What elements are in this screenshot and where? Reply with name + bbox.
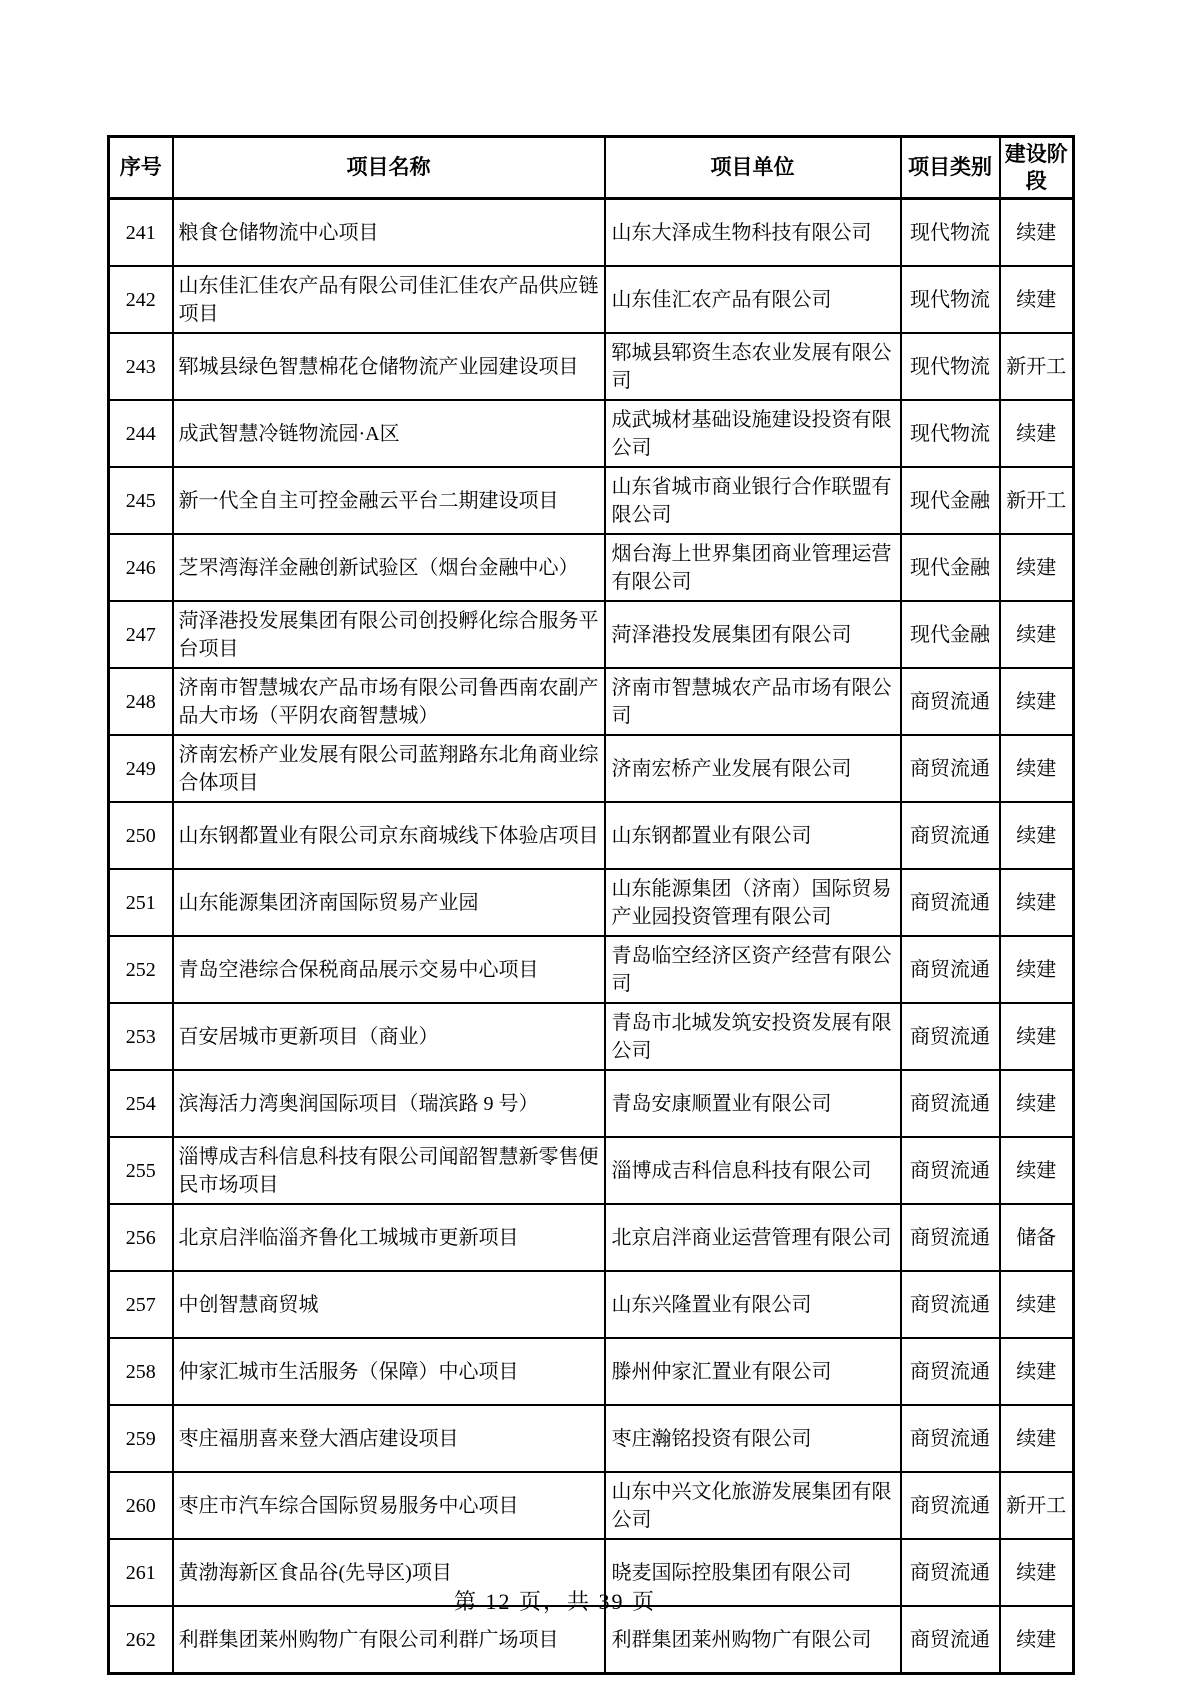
cell-construction-stage: 续建 <box>1000 1137 1074 1204</box>
cell-project-name: 山东能源集团济南国际贸易产业园 <box>173 869 605 936</box>
cell-project-name: 中创智慧商贸城 <box>173 1271 605 1338</box>
cell-serial: 253 <box>109 1003 173 1070</box>
cell-project-unit: 菏泽港投发展集团有限公司 <box>605 601 901 668</box>
cell-project-unit: 山东钢都置业有限公司 <box>605 802 901 869</box>
cell-project-name: 济南宏桥产业发展有限公司蓝翔路东北角商业综合体项目 <box>173 735 605 802</box>
cell-serial: 248 <box>109 668 173 735</box>
table-row: 248济南市智慧城农产品市场有限公司鲁西南农副产品大市场（平阴农商智慧城）济南市… <box>109 668 1074 735</box>
table-row: 246芝罘湾海洋金融创新试验区（烟台金融中心）烟台海上世界集团商业管理运营有限公… <box>109 534 1074 601</box>
table-row: 260枣庄市汽车综合国际贸易服务中心项目山东中兴文化旅游发展集团有限公司商贸流通… <box>109 1472 1074 1539</box>
header-project-unit: 项目单位 <box>605 137 901 199</box>
table-body: 241粮食仓储物流中心项目山东大泽成生物科技有限公司现代物流续建242山东佳汇佳… <box>109 199 1074 1674</box>
cell-project-name: 郓城县绿色智慧棉花仓储物流产业园建设项目 <box>173 333 605 400</box>
cell-serial: 243 <box>109 333 173 400</box>
cell-project-category: 商贸流通 <box>901 1338 1000 1405</box>
cell-project-unit: 淄博成吉科信息科技有限公司 <box>605 1137 901 1204</box>
cell-project-name: 粮食仓储物流中心项目 <box>173 199 605 267</box>
cell-serial: 244 <box>109 400 173 467</box>
cell-project-unit: 济南宏桥产业发展有限公司 <box>605 735 901 802</box>
cell-project-name: 新一代全自主可控金融云平台二期建设项目 <box>173 467 605 534</box>
cell-project-unit: 山东省城市商业银行合作联盟有限公司 <box>605 467 901 534</box>
cell-construction-stage: 续建 <box>1000 266 1074 333</box>
table-row: 251山东能源集团济南国际贸易产业园山东能源集团（济南）国际贸易产业园投资管理有… <box>109 869 1074 936</box>
projects-table: 序号 项目名称 项目单位 项目类别 建设阶段 241粮食仓储物流中心项目山东大泽… <box>107 135 1075 1675</box>
cell-project-name: 枣庄福朋喜来登大酒店建设项目 <box>173 1405 605 1472</box>
document-page: 序号 项目名称 项目单位 项目类别 建设阶段 241粮食仓储物流中心项目山东大泽… <box>0 0 1190 1684</box>
cell-construction-stage: 续建 <box>1000 1338 1074 1405</box>
cell-construction-stage: 续建 <box>1000 668 1074 735</box>
cell-construction-stage: 续建 <box>1000 1271 1074 1338</box>
table-row: 250山东钢都置业有限公司京东商城线下体验店项目山东钢都置业有限公司商贸流通续建 <box>109 802 1074 869</box>
cell-project-name: 仲家汇城市生活服务（保障）中心项目 <box>173 1338 605 1405</box>
cell-project-unit: 山东佳汇农产品有限公司 <box>605 266 901 333</box>
cell-project-unit: 青岛安康顺置业有限公司 <box>605 1070 901 1137</box>
cell-serial: 262 <box>109 1606 173 1674</box>
cell-project-category: 商贸流通 <box>901 1405 1000 1472</box>
header-project-category: 项目类别 <box>901 137 1000 199</box>
cell-serial: 257 <box>109 1271 173 1338</box>
cell-project-category: 商贸流通 <box>901 869 1000 936</box>
cell-project-category: 现代金融 <box>901 534 1000 601</box>
cell-project-unit: 青岛临空经济区资产经营有限公司 <box>605 936 901 1003</box>
cell-serial: 260 <box>109 1472 173 1539</box>
cell-project-unit: 枣庄瀚铭投资有限公司 <box>605 1405 901 1472</box>
cell-project-category: 商贸流通 <box>901 735 1000 802</box>
cell-project-category: 现代物流 <box>901 333 1000 400</box>
cell-project-name: 山东佳汇佳农产品有限公司佳汇佳农产品供应链项目 <box>173 266 605 333</box>
cell-project-name: 北京启泮临淄齐鲁化工城城市更新项目 <box>173 1204 605 1271</box>
cell-project-unit: 成武城材基础设施建设投资有限公司 <box>605 400 901 467</box>
cell-construction-stage: 续建 <box>1000 1070 1074 1137</box>
table-row: 256北京启泮临淄齐鲁化工城城市更新项目北京启泮商业运营管理有限公司商贸流通储备 <box>109 1204 1074 1271</box>
table-row: 262利群集团莱州购物广有限公司利群广场项目利群集团莱州购物广有限公司商贸流通续… <box>109 1606 1074 1674</box>
cell-project-category: 现代物流 <box>901 266 1000 333</box>
cell-serial: 245 <box>109 467 173 534</box>
cell-project-category: 现代金融 <box>901 467 1000 534</box>
cell-project-category: 商贸流通 <box>901 1472 1000 1539</box>
cell-construction-stage: 续建 <box>1000 802 1074 869</box>
cell-construction-stage: 新开工 <box>1000 467 1074 534</box>
cell-project-category: 商贸流通 <box>901 1204 1000 1271</box>
table-row: 241粮食仓储物流中心项目山东大泽成生物科技有限公司现代物流续建 <box>109 199 1074 267</box>
cell-project-unit: 山东大泽成生物科技有限公司 <box>605 199 901 267</box>
cell-project-unit: 滕州仲家汇置业有限公司 <box>605 1338 901 1405</box>
header-project-name: 项目名称 <box>173 137 605 199</box>
table-row: 257中创智慧商贸城山东兴隆置业有限公司商贸流通续建 <box>109 1271 1074 1338</box>
cell-project-name: 青岛空港综合保税商品展示交易中心项目 <box>173 936 605 1003</box>
cell-project-name: 菏泽港投发展集团有限公司创投孵化综合服务平台项目 <box>173 601 605 668</box>
cell-project-name: 成武智慧冷链物流园·A区 <box>173 400 605 467</box>
cell-project-unit: 烟台海上世界集团商业管理运营有限公司 <box>605 534 901 601</box>
cell-construction-stage: 续建 <box>1000 400 1074 467</box>
cell-project-category: 现代物流 <box>901 400 1000 467</box>
cell-construction-stage: 续建 <box>1000 869 1074 936</box>
cell-construction-stage: 新开工 <box>1000 333 1074 400</box>
cell-project-unit: 济南市智慧城农产品市场有限公司 <box>605 668 901 735</box>
cell-project-name: 滨海活力湾奥润国际项目（瑞滨路 9 号） <box>173 1070 605 1137</box>
table-row: 258仲家汇城市生活服务（保障）中心项目滕州仲家汇置业有限公司商贸流通续建 <box>109 1338 1074 1405</box>
cell-construction-stage: 续建 <box>1000 199 1074 267</box>
table-row: 243郓城县绿色智慧棉花仓储物流产业园建设项目郓城县郓资生态农业发展有限公司现代… <box>109 333 1074 400</box>
cell-serial: 256 <box>109 1204 173 1271</box>
cell-construction-stage: 储备 <box>1000 1204 1074 1271</box>
table-row: 242山东佳汇佳农产品有限公司佳汇佳农产品供应链项目山东佳汇农产品有限公司现代物… <box>109 266 1074 333</box>
cell-construction-stage: 续建 <box>1000 601 1074 668</box>
table-row: 253百安居城市更新项目（商业）青岛市北城发筑安投资发展有限公司商贸流通续建 <box>109 1003 1074 1070</box>
cell-project-unit: 山东能源集团（济南）国际贸易产业园投资管理有限公司 <box>605 869 901 936</box>
table-row: 255淄博成吉科信息科技有限公司闻韶智慧新零售便民市场项目淄博成吉科信息科技有限… <box>109 1137 1074 1204</box>
cell-serial: 247 <box>109 601 173 668</box>
cell-serial: 241 <box>109 199 173 267</box>
cell-project-name: 芝罘湾海洋金融创新试验区（烟台金融中心） <box>173 534 605 601</box>
cell-serial: 252 <box>109 936 173 1003</box>
cell-project-category: 商贸流通 <box>901 1606 1000 1674</box>
cell-serial: 246 <box>109 534 173 601</box>
cell-project-unit: 北京启泮商业运营管理有限公司 <box>605 1204 901 1271</box>
cell-construction-stage: 续建 <box>1000 1405 1074 1472</box>
cell-project-category: 现代金融 <box>901 601 1000 668</box>
cell-project-name: 淄博成吉科信息科技有限公司闻韶智慧新零售便民市场项目 <box>173 1137 605 1204</box>
cell-project-name: 济南市智慧城农产品市场有限公司鲁西南农副产品大市场（平阴农商智慧城） <box>173 668 605 735</box>
cell-construction-stage: 续建 <box>1000 936 1074 1003</box>
header-serial-number: 序号 <box>109 137 173 199</box>
table-row: 244成武智慧冷链物流园·A区成武城材基础设施建设投资有限公司现代物流续建 <box>109 400 1074 467</box>
cell-project-category: 商贸流通 <box>901 936 1000 1003</box>
table-row: 249济南宏桥产业发展有限公司蓝翔路东北角商业综合体项目济南宏桥产业发展有限公司… <box>109 735 1074 802</box>
table-row: 247菏泽港投发展集团有限公司创投孵化综合服务平台项目菏泽港投发展集团有限公司现… <box>109 601 1074 668</box>
cell-serial: 250 <box>109 802 173 869</box>
cell-project-unit: 山东兴隆置业有限公司 <box>605 1271 901 1338</box>
cell-project-name: 利群集团莱州购物广有限公司利群广场项目 <box>173 1606 605 1674</box>
cell-project-unit: 青岛市北城发筑安投资发展有限公司 <box>605 1003 901 1070</box>
cell-construction-stage: 续建 <box>1000 735 1074 802</box>
cell-serial: 249 <box>109 735 173 802</box>
table-row: 254滨海活力湾奥润国际项目（瑞滨路 9 号）青岛安康顺置业有限公司商贸流通续建 <box>109 1070 1074 1137</box>
cell-serial: 251 <box>109 869 173 936</box>
table-header-row: 序号 项目名称 项目单位 项目类别 建设阶段 <box>109 137 1074 199</box>
cell-construction-stage: 新开工 <box>1000 1472 1074 1539</box>
cell-project-category: 商贸流通 <box>901 1003 1000 1070</box>
cell-project-category: 商贸流通 <box>901 668 1000 735</box>
page-footer: 第 12 页，共 39 页 <box>0 1585 1110 1616</box>
cell-serial: 255 <box>109 1137 173 1204</box>
table-row: 252青岛空港综合保税商品展示交易中心项目青岛临空经济区资产经营有限公司商贸流通… <box>109 936 1074 1003</box>
cell-project-name: 百安居城市更新项目（商业） <box>173 1003 605 1070</box>
cell-serial: 242 <box>109 266 173 333</box>
cell-project-name: 山东钢都置业有限公司京东商城线下体验店项目 <box>173 802 605 869</box>
table-row: 259枣庄福朋喜来登大酒店建设项目枣庄瀚铭投资有限公司商贸流通续建 <box>109 1405 1074 1472</box>
cell-project-unit: 利群集团莱州购物广有限公司 <box>605 1606 901 1674</box>
cell-project-unit: 山东中兴文化旅游发展集团有限公司 <box>605 1472 901 1539</box>
cell-construction-stage: 续建 <box>1000 1606 1074 1674</box>
cell-project-name: 枣庄市汽车综合国际贸易服务中心项目 <box>173 1472 605 1539</box>
cell-serial: 258 <box>109 1338 173 1405</box>
cell-construction-stage: 续建 <box>1000 534 1074 601</box>
cell-project-category: 商贸流通 <box>901 1271 1000 1338</box>
cell-serial: 254 <box>109 1070 173 1137</box>
cell-project-unit: 郓城县郓资生态农业发展有限公司 <box>605 333 901 400</box>
cell-project-category: 商贸流通 <box>901 1137 1000 1204</box>
cell-project-category: 商贸流通 <box>901 1070 1000 1137</box>
header-construction-stage: 建设阶段 <box>1000 137 1074 199</box>
cell-serial: 259 <box>109 1405 173 1472</box>
table-row: 245新一代全自主可控金融云平台二期建设项目山东省城市商业银行合作联盟有限公司现… <box>109 467 1074 534</box>
cell-project-category: 商贸流通 <box>901 802 1000 869</box>
cell-construction-stage: 续建 <box>1000 1003 1074 1070</box>
cell-project-category: 现代物流 <box>901 199 1000 267</box>
